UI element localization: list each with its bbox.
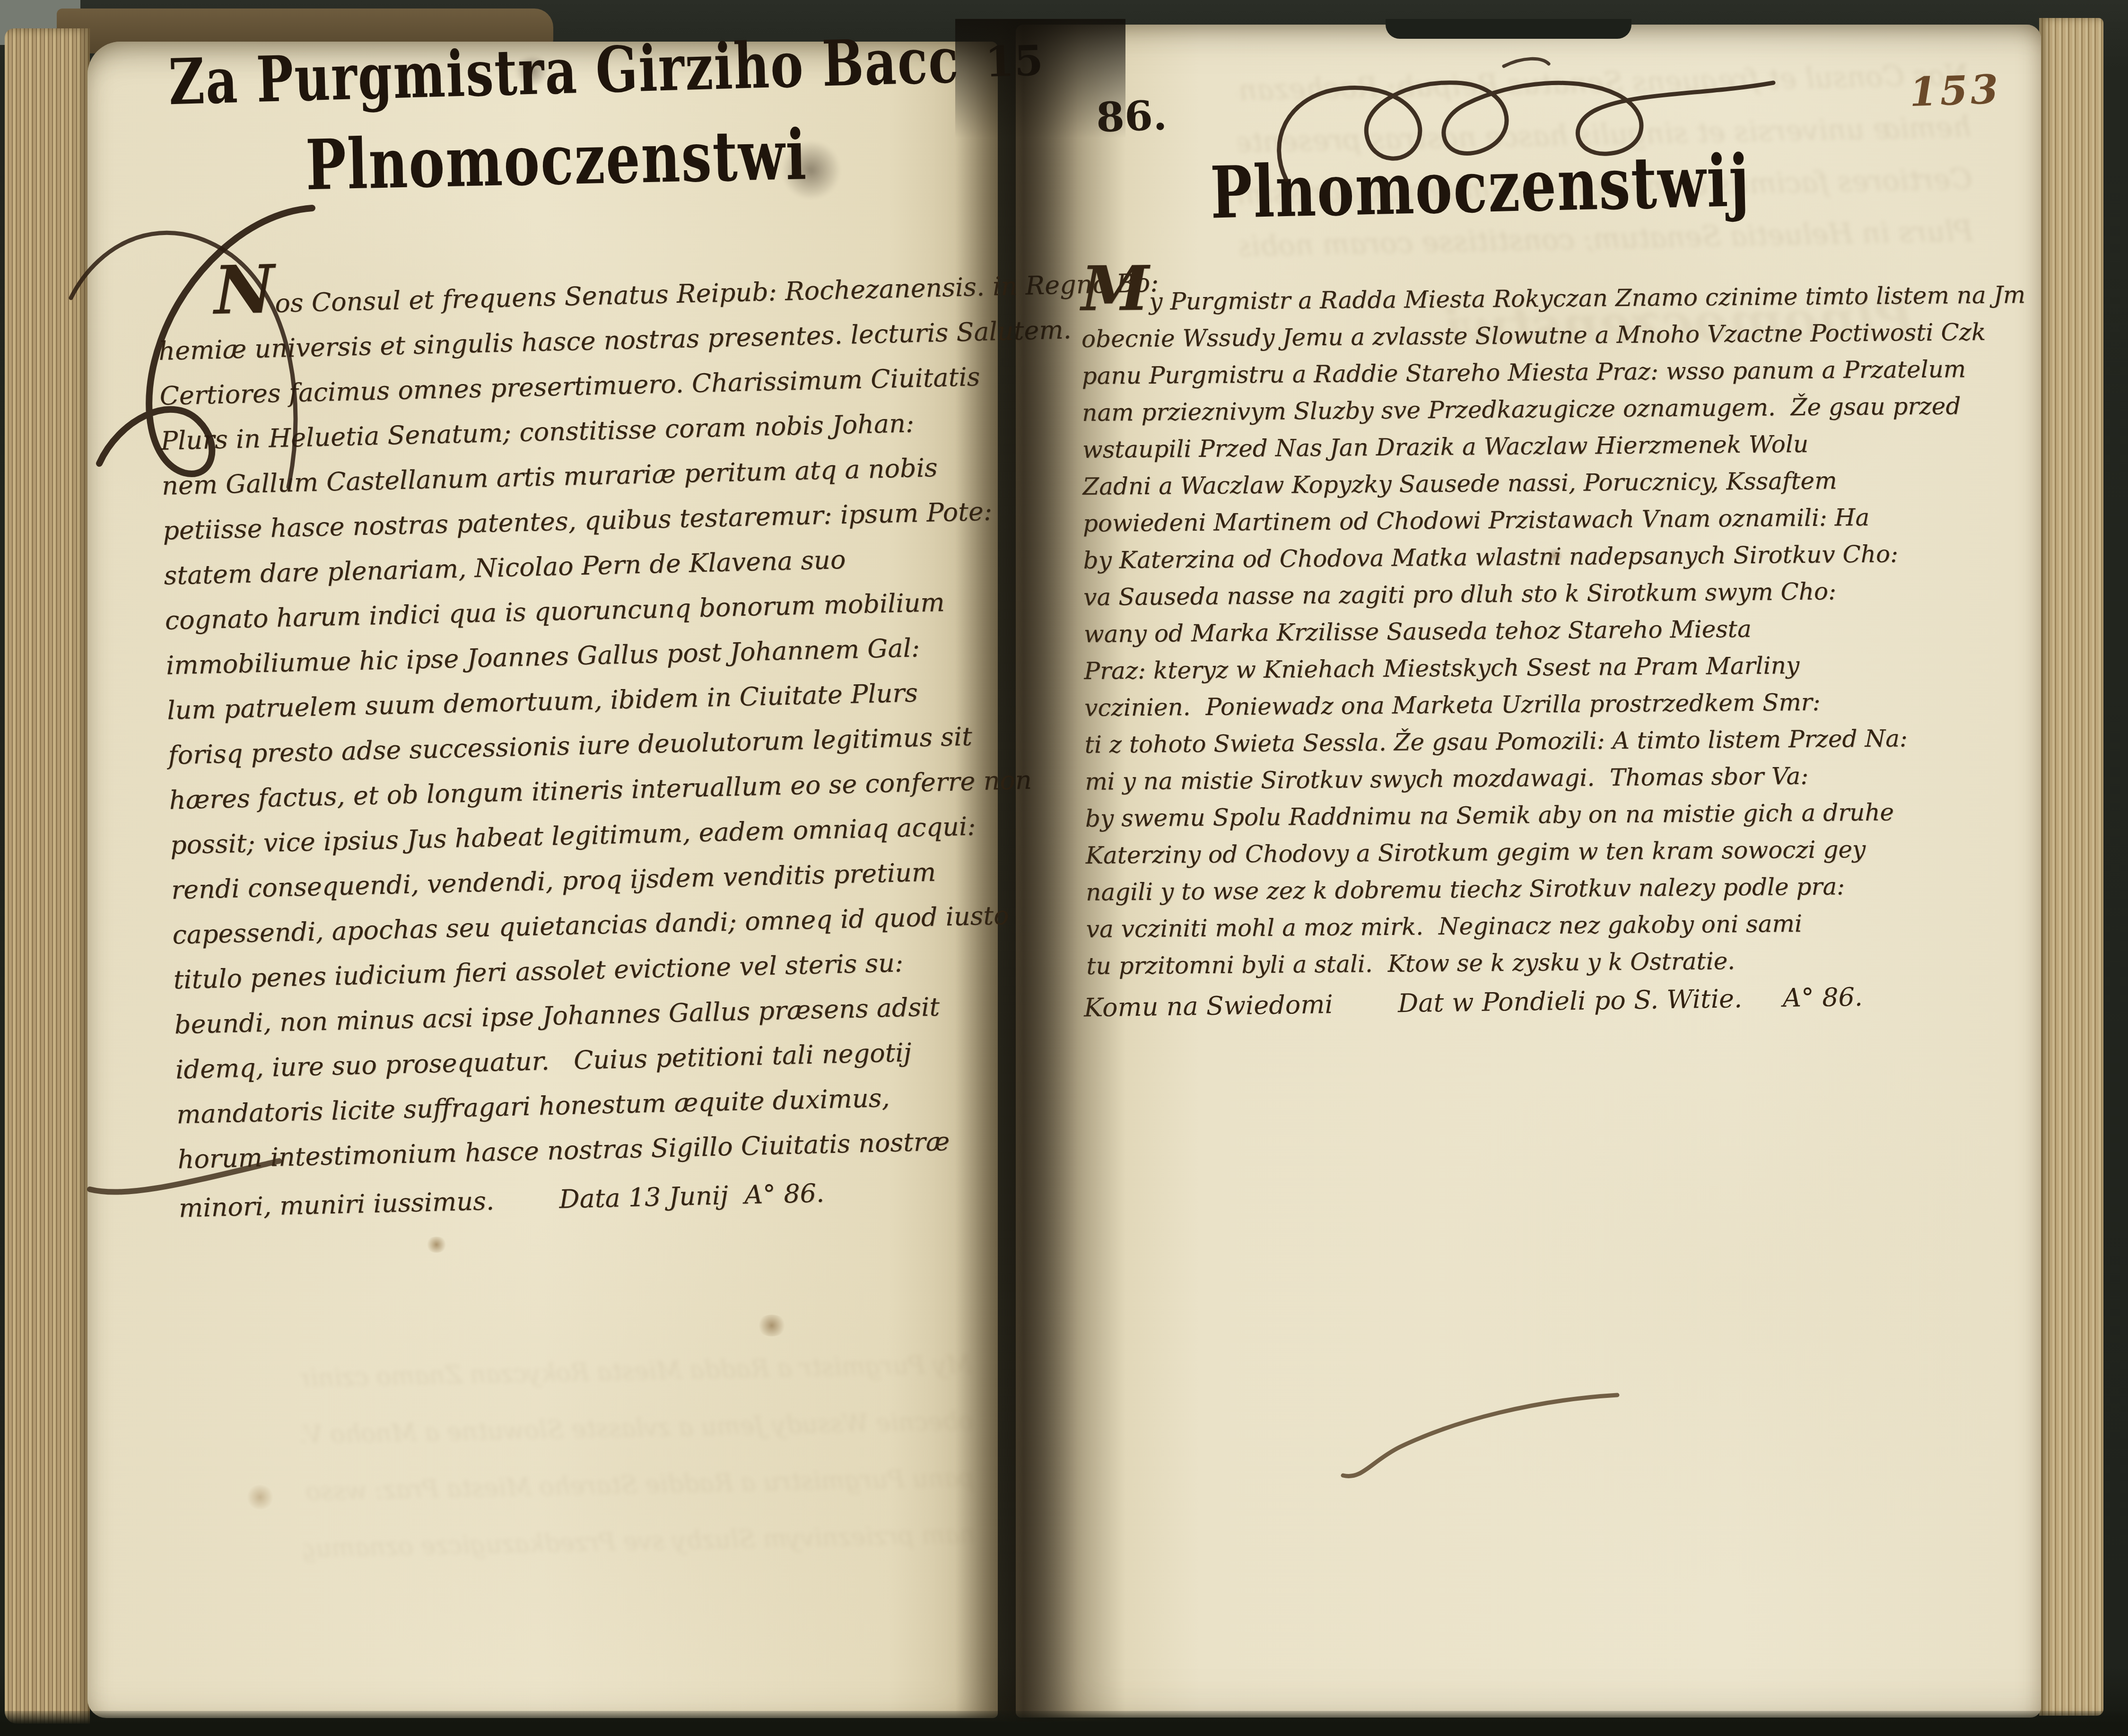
year-fragment-left: 15 <box>985 35 1044 86</box>
manuscript-line: Praz: kteryz w Kniehach Miestskych Ssest… <box>1084 646 1983 689</box>
manuscript-line: Katerziny od Chodovy a Sirotkum gegim w … <box>1085 830 1984 874</box>
manuscript-line: Zadni a Waczlaw Kopyzky Sausede nassi, P… <box>1082 461 1981 505</box>
right-page-heading: Plnomoczenstwij <box>1210 148 1751 226</box>
right-page-body: My Purgmistr a Radda Miesta Rokyczan Zna… <box>1081 277 1985 985</box>
manuscript-line: va vcziniti mohl a moz mirk. Neginacz ne… <box>1086 904 1985 948</box>
left-page-body: Nos Consul et frequens Senatus Reipub: R… <box>157 264 1026 1231</box>
manuscript-line: nagili y to wse zez k dobremu tiechz Sir… <box>1086 867 1985 911</box>
manuscript-line: powiedeni Martinem od Chodowi Przistawac… <box>1083 498 1982 542</box>
manuscript-line: obecnie Wssudy Jemu a zvlasste Slowutne … <box>1081 314 1980 358</box>
manuscript-line: wany od Marka Krzilisse Sauseda tehoz St… <box>1084 609 1983 653</box>
manuscript-line: vczinien. Poniewadz ona Marketa Uzrilla … <box>1084 682 1983 726</box>
year-fragment-right: 86. <box>1095 91 1168 141</box>
folio-number: 153 <box>1909 66 2002 116</box>
manuscript-line: by swemu Spolu Raddnimu na Semik aby on … <box>1085 793 1984 837</box>
manuscript-line: panu Purgmistru a Raddie Stareho Miesta … <box>1081 350 1980 394</box>
background-band-bottom <box>0 1711 2128 1736</box>
page-edge-stack-left <box>5 28 90 1724</box>
manuscript-line: va Sauseda nasse na zagiti pro dluh sto … <box>1083 572 1982 616</box>
manuscript-line: nam przieznivym Sluzby sve Przedkazugicz… <box>1082 387 1981 431</box>
manuscript-line: My Purgmistr a Radda Miesta Rokyczan Zna… <box>1081 277 1980 321</box>
background-gap-top <box>1386 19 1631 39</box>
manuscript-line: ti z tohoto Swieta Sessla. Že gsau Pomoz… <box>1084 719 1983 763</box>
manuscript-line: by Katerzina od Chodova Matka wlastni na… <box>1083 535 1982 579</box>
manuscript-line: tu przitomni byli a stali. Ktow se k zys… <box>1086 941 1985 985</box>
manuscript-line: wstaupili Przed Nas Jan Drazik a Waczlaw… <box>1082 424 1981 468</box>
manuscript-photo: Nos Consul et frequens Senatus Reipub: R… <box>0 0 2128 1736</box>
fore-edge-stack-right <box>2039 18 2103 1716</box>
left-page-subheading: Plnomoczenstwi <box>305 123 808 197</box>
manuscript-line: mi y na mistie Sirotkuv swych mozdawagi.… <box>1085 756 1984 800</box>
